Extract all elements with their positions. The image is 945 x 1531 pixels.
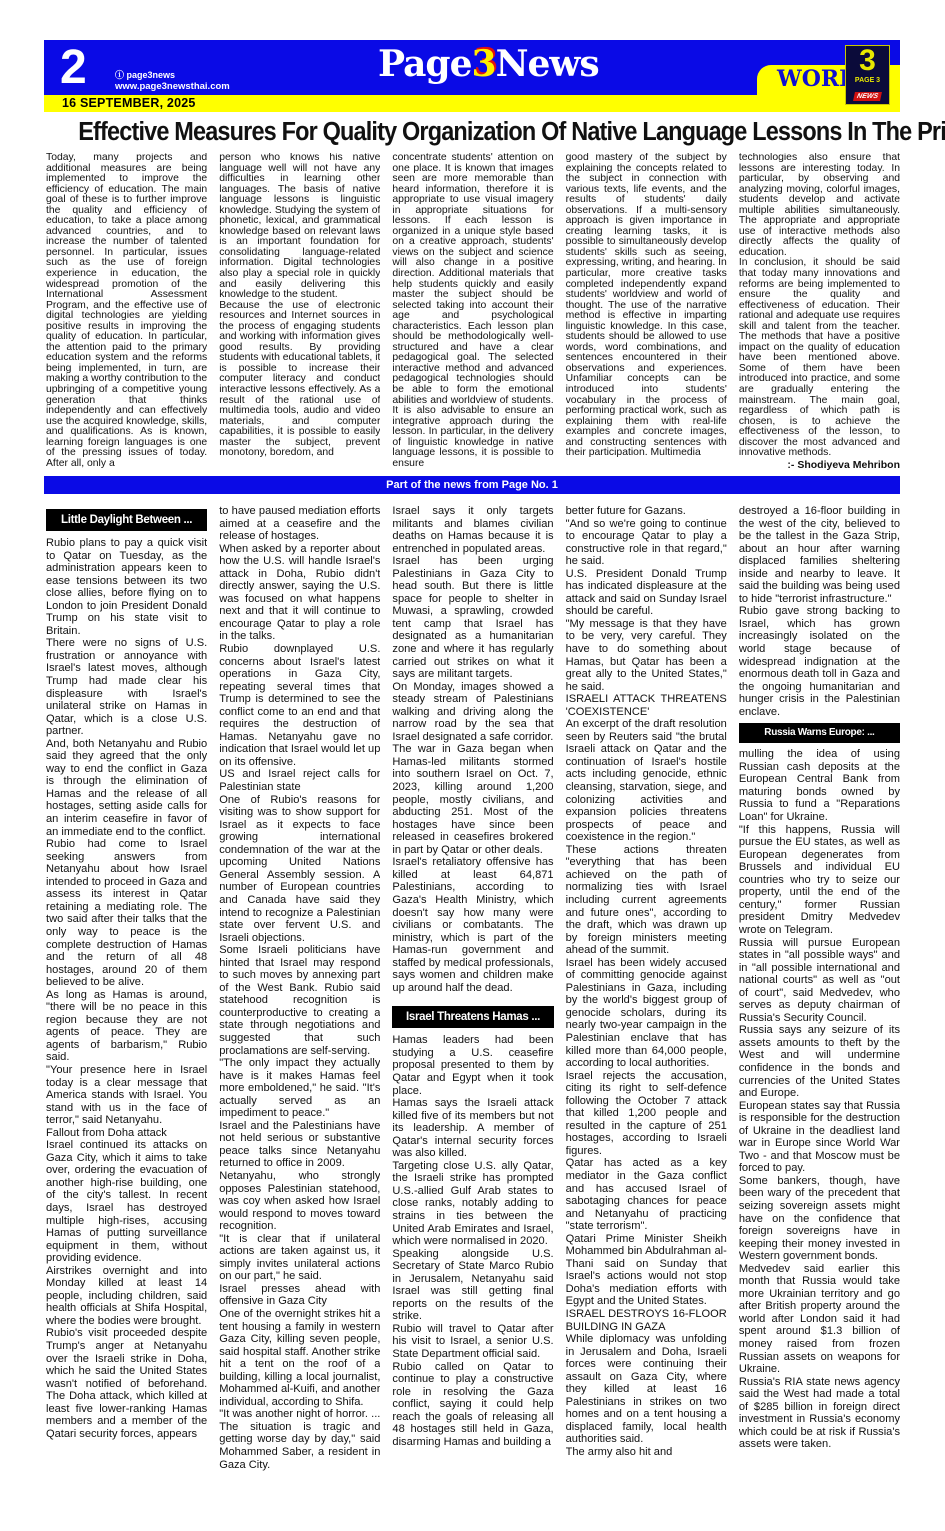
article-column: Today, many projects and additional meas… <box>46 153 207 475</box>
facebook-icon: ⓘ <box>115 70 127 80</box>
article-body: Today, many projects and additional meas… <box>46 153 900 475</box>
article-column: person who knows his native language wel… <box>219 153 380 475</box>
article-column: good mastery of the subject by explainin… <box>566 153 727 475</box>
story-heading: Israel Threatens Hamas ... <box>392 1006 553 1028</box>
news-column-2: to have paused mediation efforts aimed a… <box>219 505 380 1480</box>
news-column-5: destroyed a 16-floor building in the wes… <box>739 505 900 1480</box>
masthead: 2 ⓘ page3news www.page3newsthai.com 16 S… <box>44 40 900 112</box>
article-column: technologies also ensure that lessons ar… <box>739 153 900 475</box>
website-link[interactable]: www.page3newsthai.com <box>115 81 230 92</box>
continued-news: Little Daylight Between ... Rubio plans … <box>46 505 900 1480</box>
news-column-1: Little Daylight Between ... Rubio plans … <box>46 505 207 1480</box>
page3-logo-icon: 3 PAGE 3 NEWS <box>845 45 890 105</box>
story-heading: Little Daylight Between ... <box>46 509 207 531</box>
social-handle: ⓘ page3news <box>115 68 175 81</box>
author-byline: :- Shodiyeva Mehribon <box>739 460 900 471</box>
page-number: 2 <box>60 44 87 92</box>
article-column: concentrate students' attention on one p… <box>392 153 553 475</box>
story-heading: Russia Warns Europe: ... <box>739 723 900 743</box>
issue-date: 16 SEPTEMBER, 2025 <box>62 96 196 110</box>
continuation-banner: Part of the news from Page No. 1 <box>44 476 900 494</box>
news-column-3: Israel says it only targets militants an… <box>392 505 553 1480</box>
news-column-4: better future for Gazans. "And so we're … <box>566 505 727 1480</box>
brand-logo: Page3News <box>378 46 599 82</box>
article-headline: Effective Measures For Quality Organizat… <box>78 118 866 147</box>
